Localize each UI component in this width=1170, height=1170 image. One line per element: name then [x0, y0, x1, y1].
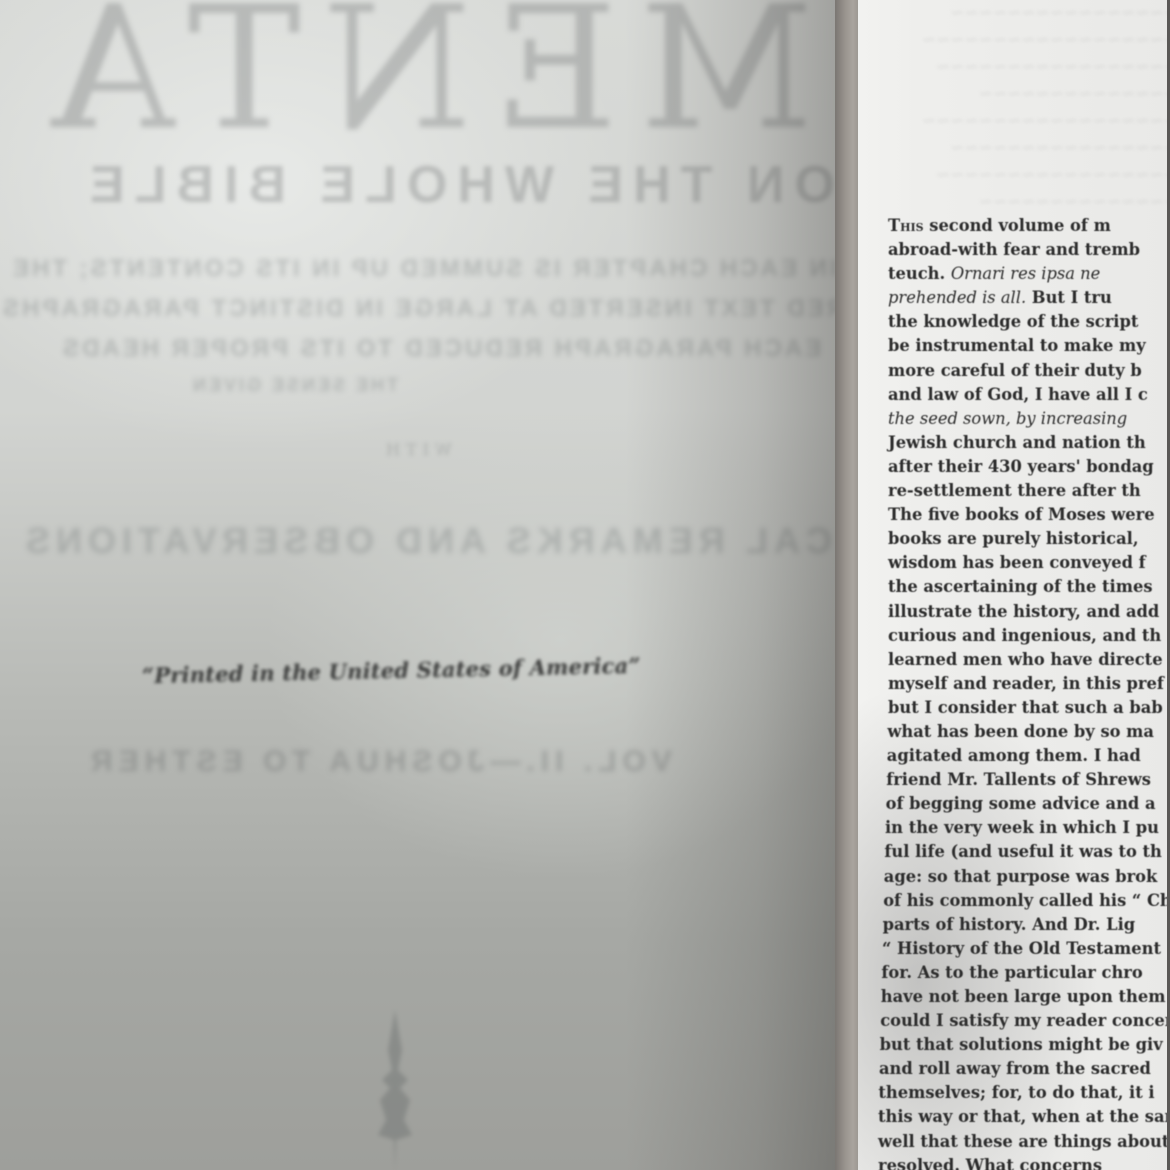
text-span: second volume of m [924, 216, 1111, 235]
text-span: teuch. [888, 264, 951, 283]
text-line: well that these are things about w [878, 1130, 1170, 1154]
text-span: friend Mr. Tallents of Shrews [886, 770, 1151, 789]
text-span: This [888, 216, 924, 235]
text-span: the knowledge of the script [888, 312, 1138, 331]
text-line: illustrate the history, and add [888, 600, 1170, 624]
text-line: “ History of the Old Testament [882, 937, 1170, 961]
text-span: but that solutions might be giv [880, 1035, 1163, 1054]
text-span: ful life (and useful it was to th [884, 842, 1161, 861]
preface-text: This second volume of mabroad-with fear … [888, 214, 1170, 1170]
text-line: what has been done by so ma [887, 720, 1170, 744]
text-line: agitated among them. I had [887, 744, 1170, 768]
text-line: The five books of Moses were [888, 503, 1170, 527]
text-span: more careful of their duty b [888, 361, 1142, 380]
text-span: “ History of the Old Testament [882, 939, 1161, 958]
right-page-bleed-through: ~~~~~~~~~~~~~~~~~~~~~~~~~~~~~~~~~~~~~~~~… [928, 0, 1170, 216]
text-line: prehended is all. But I tru [888, 286, 1170, 310]
text-line: books are purely historical, [888, 527, 1170, 551]
text-span: Ornari res ipsa ne [951, 264, 1100, 283]
text-span: but I consider that such a bab [888, 698, 1163, 717]
bleed-through-subtitle: ON THE WHOLE BIBLE [80, 155, 835, 215]
text-span: But I tru [1026, 288, 1112, 307]
text-line: themselves; for, to do that, it i [878, 1081, 1170, 1105]
text-line: and law of God, I have all I c [888, 383, 1170, 407]
text-span: age: so that purpose was brok [884, 867, 1158, 886]
bleed-through-line: WHEREIN EACH CHAPTER IS SUMMED UP IN ITS… [10, 255, 845, 283]
text-line: of his commonly called his “ Ch [883, 889, 1170, 913]
text-span: The five books of Moses were [888, 505, 1155, 524]
text-span: learned men who have directe [888, 650, 1163, 669]
fleuron-ornament-icon [360, 1010, 430, 1170]
text-line: abroad-with fear and tremb [888, 238, 1170, 262]
text-span: agitated among them. I had [887, 746, 1141, 765]
text-line: resolved. What concerns [878, 1154, 1170, 1170]
text-line: parts of history. And Dr. Lig [883, 913, 1170, 937]
text-line: Jewish church and nation th [888, 431, 1170, 455]
text-line: but I consider that such a bab [888, 696, 1170, 720]
text-line: could I satisfy my reader concer [880, 1009, 1170, 1033]
text-line: re-settlement there after th [888, 479, 1170, 503]
text-line: more careful of their duty b [888, 359, 1170, 383]
text-line: this way or that, when at the sam [878, 1105, 1170, 1129]
text-span: what has been done by so ma [887, 722, 1154, 741]
text-span: parts of history. And Dr. Lig [883, 915, 1136, 934]
text-line: and roll away from the sacred [879, 1057, 1170, 1081]
text-span: books are purely historical, [888, 529, 1139, 548]
bleed-through-line: EACH PARAGRAPH REDUCED TO ITS PROPER HEA… [60, 335, 821, 363]
text-span: resolved. What concerns [878, 1156, 1102, 1170]
text-span: illustrate the history, and add [888, 602, 1159, 621]
text-span: Jewish church and nation th [888, 433, 1146, 452]
text-span: myself and reader, in this pref [888, 674, 1164, 693]
text-line: the ascertaining of the times [888, 575, 1170, 599]
text-span: wisdom has been conveyed f [888, 553, 1146, 572]
text-span: and roll away from the sacred [879, 1059, 1151, 1078]
text-span: this way or that, when at the sam [878, 1107, 1170, 1126]
text-line: This second volume of m [888, 214, 1170, 238]
text-line: age: so that purpose was brok [884, 865, 1170, 889]
text-span: in the very week in which I pu [885, 818, 1159, 837]
right-page: ~~~~~~~~~~~~~~~~~~~~~~~~~~~~~~~~~~~~~~~~… [858, 0, 1170, 1170]
text-span: of his commonly called his “ Ch [883, 891, 1170, 910]
left-page: COMMENTA ON THE WHOLE BIBLE WHEREIN EACH… [0, 0, 845, 1170]
text-line: but that solutions might be giv [880, 1033, 1170, 1057]
text-span: and law of God, I have all I c [888, 385, 1148, 404]
text-line: the seed sown, by increasing [888, 407, 1170, 431]
text-span: re-settlement there after th [888, 481, 1141, 500]
text-line: have not been large upon them [881, 985, 1170, 1009]
text-line: curious and ingenious, and th [888, 624, 1170, 648]
text-span: have not been large upon them [881, 987, 1166, 1006]
text-line: in the very week in which I pu [885, 816, 1170, 840]
text-line: myself and reader, in this pref [888, 672, 1170, 696]
text-line: of begging some advice and a [886, 792, 1170, 816]
bleed-through-line: SACRED TEXT INSERTED AT LARGE IN DISTINC… [0, 295, 845, 323]
text-span: abroad-with fear and tremb [888, 240, 1140, 259]
text-line: for. As to the particular chro [881, 961, 1170, 985]
text-line: after their 430 years' bondag [888, 455, 1170, 479]
text-line: friend Mr. Tallents of Shrews [886, 768, 1170, 792]
text-span: themselves; for, to do that, it i [878, 1083, 1154, 1102]
text-span: the seed sown, by increasing [888, 409, 1127, 428]
text-line: teuch. Ornari res ipsa ne [888, 262, 1170, 286]
book-photo: COMMENTA ON THE WHOLE BIBLE WHEREIN EACH… [0, 0, 1170, 1170]
bleed-through-remarks: PRACTICAL REMARKS AND OBSERVATIONS [20, 520, 845, 562]
bleed-through-line: THE SENSE GIVEN [190, 375, 398, 396]
text-span: of begging some advice and a [886, 794, 1156, 813]
text-span: could I satisfy my reader concer [880, 1011, 1170, 1030]
bleed-through-title: COMMENTA [30, 0, 845, 168]
text-span: well that these are things about w [878, 1132, 1170, 1151]
text-span: the ascertaining of the times [888, 577, 1153, 596]
printed-in-usa-notice: “Printed in the United States of America… [142, 653, 641, 688]
text-span: for. As to the particular chro [881, 963, 1142, 982]
bleed-through-volume: VOL. II.—JOSHUA TO ESTHER [85, 745, 672, 779]
text-line: wisdom has been conveyed f [888, 551, 1170, 575]
text-line: ful life (and useful it was to th [884, 840, 1170, 864]
text-line: be instrumental to make my [888, 334, 1170, 358]
bleed-through-connector: WITH [380, 440, 451, 459]
text-line: learned men who have directe [888, 648, 1170, 672]
text-span: curious and ingenious, and th [888, 626, 1161, 645]
text-span: prehended is all. [888, 288, 1026, 307]
text-line: the knowledge of the script [888, 310, 1170, 334]
text-span: be instrumental to make my [888, 336, 1146, 355]
text-span: after their 430 years' bondag [888, 457, 1154, 476]
